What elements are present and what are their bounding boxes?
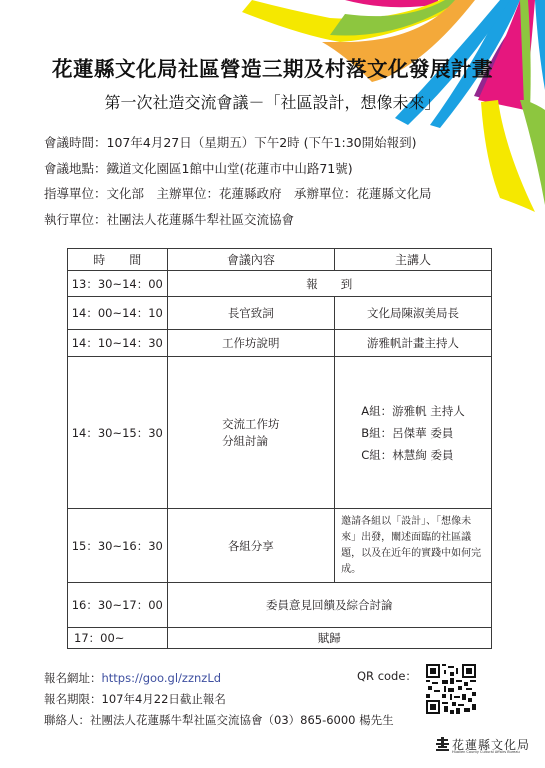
speaker-line: A組：游雅帆 主持人	[361, 404, 465, 418]
content-line: 交流工作坊	[222, 417, 280, 431]
table-row: 14：30~15：30 交流工作坊 分組討論 A組：游雅帆 主持人 B組：呂傑華…	[68, 357, 492, 509]
deadline-row: 報名期限：107年4月22日截止報名	[44, 689, 394, 710]
table-row: 14：00~14：10 長官致詞 文化局陳淑美局長	[68, 297, 492, 330]
table-row: 16：30~17：00 委員意見回饋及綜合討論	[68, 583, 492, 628]
info-value: 107年4月27日（星期五）下午2時 (下午1:30開始報到)	[107, 135, 417, 150]
speaker-line: C組：林慧絢 委員	[361, 448, 453, 462]
header-content: 會議內容	[167, 249, 335, 271]
deadline-value: 107年4月22日截止報名	[102, 692, 226, 706]
info-location: 會議地點：鐵道文化園區1館中山堂(花蓮市中山路71號)	[44, 156, 432, 182]
page-title: 花蓮縣文化局社區營造三期及村落文化發展計畫	[0, 52, 545, 82]
contact-label: 聯絡人：	[44, 713, 90, 727]
row-content: 賦歸	[167, 628, 491, 649]
signup-row: 報名網址：https://goo.gl/zznzLd	[44, 668, 394, 689]
info-label: 會議地點：	[44, 161, 107, 176]
bureau-emblem-icon	[436, 737, 449, 751]
row-time: 15：30~16：30	[68, 509, 168, 583]
row-speaker: 游雅帆計畫主持人	[335, 330, 492, 357]
table-row: 17：00~ 賦歸	[68, 628, 492, 649]
signup-link[interactable]: https://goo.gl/zznzLd	[102, 671, 222, 685]
bureau-logo: 花蓮縣文化局 Hualien County Cultural Affairs B…	[436, 736, 536, 758]
row-time: 14：00~14：10	[68, 297, 168, 330]
info-value: 文化部 主辦單位：花蓮縣政府 承辦單位：花蓮縣文化局	[107, 186, 432, 201]
contact-value: 社團法人花蓮縣牛犁社區交流協會（03）865-6000 楊先生	[90, 713, 394, 727]
info-value: 鐵道文化園區1館中山堂(花蓮市中山路71號)	[107, 161, 353, 176]
registration-info: 報名網址：https://goo.gl/zznzLd 報名期限：107年4月22…	[44, 668, 394, 731]
row-content: 各組分享	[167, 509, 335, 583]
row-content: 交流工作坊 分組討論	[167, 357, 335, 509]
row-speaker: 邀請各組以「設計」、「想像未來」出發，闡述面臨的社區議題，以及在近年的實踐中如何…	[335, 509, 492, 583]
content-lines: 交流工作坊 分組討論	[222, 416, 280, 450]
row-time: 13：30~14：00	[68, 271, 168, 297]
row-speaker: 文化局陳淑美局長	[335, 297, 492, 330]
info-value: 社團法人花蓮縣牛犁社區交流協會	[107, 212, 295, 227]
deadline-label: 報名期限：	[44, 692, 102, 706]
schedule-table: 時 間 會議內容 主講人 13：30~14：00 報 到 14：00~14：10…	[67, 248, 492, 649]
row-content: 委員意見回饋及綜合討論	[167, 583, 491, 628]
logo-english-name: Hualien County Cultural Affairs Bureau	[452, 750, 520, 754]
row-time: 14：10~14：30	[68, 330, 168, 357]
row-speaker: A組：游雅帆 主持人 B組：呂傑華 委員 C組：林慧絢 委員	[335, 357, 492, 509]
table-header-row: 時 間 會議內容 主講人	[68, 249, 492, 271]
qr-label: QR code：	[357, 668, 417, 684]
header-time: 時 間	[68, 249, 168, 271]
signup-label: 報名網址：	[44, 671, 102, 685]
info-label: 會議時間：	[44, 135, 107, 150]
row-time: 17：00~	[68, 628, 168, 649]
table-row: 13：30~14：00 報 到	[68, 271, 492, 297]
row-time: 16：30~17：00	[68, 583, 168, 628]
qr-code-icon[interactable]	[426, 663, 476, 715]
header-speaker: 主講人	[335, 249, 492, 271]
info-organizers: 指導單位：文化部 主辦單位：花蓮縣政府 承辦單位：花蓮縣文化局	[44, 181, 432, 207]
table-row: 15：30~16：30 各組分享 邀請各組以「設計」、「想像未來」出發，闡述面臨…	[68, 509, 492, 583]
info-time: 會議時間：107年4月27日（星期五）下午2時 (下午1:30開始報到)	[44, 130, 432, 156]
row-content: 報 到	[167, 271, 491, 297]
row-time: 14：30~15：30	[68, 357, 168, 509]
speaker-line: B組：呂傑華 委員	[361, 426, 453, 440]
content-line: 分組討論	[222, 434, 268, 448]
info-executor: 執行單位：社團法人花蓮縣牛犁社區交流協會	[44, 207, 432, 233]
row-content: 工作坊說明	[167, 330, 335, 357]
speaker-lines: A組：游雅帆 主持人 B組：呂傑華 委員 C組：林慧絢 委員	[361, 400, 465, 466]
table-row: 14：10~14：30 工作坊說明 游雅帆計畫主持人	[68, 330, 492, 357]
info-label: 指導單位：	[44, 186, 107, 201]
meeting-info: 會議時間：107年4月27日（星期五）下午2時 (下午1:30開始報到) 會議地…	[44, 130, 432, 232]
info-label: 執行單位：	[44, 212, 107, 227]
page-subtitle: 第一次社造交流會議－「社區設計，想像未來」	[0, 90, 545, 113]
contact-row: 聯絡人：社團法人花蓮縣牛犁社區交流協會（03）865-6000 楊先生	[44, 710, 394, 731]
row-content: 長官致詞	[167, 297, 335, 330]
